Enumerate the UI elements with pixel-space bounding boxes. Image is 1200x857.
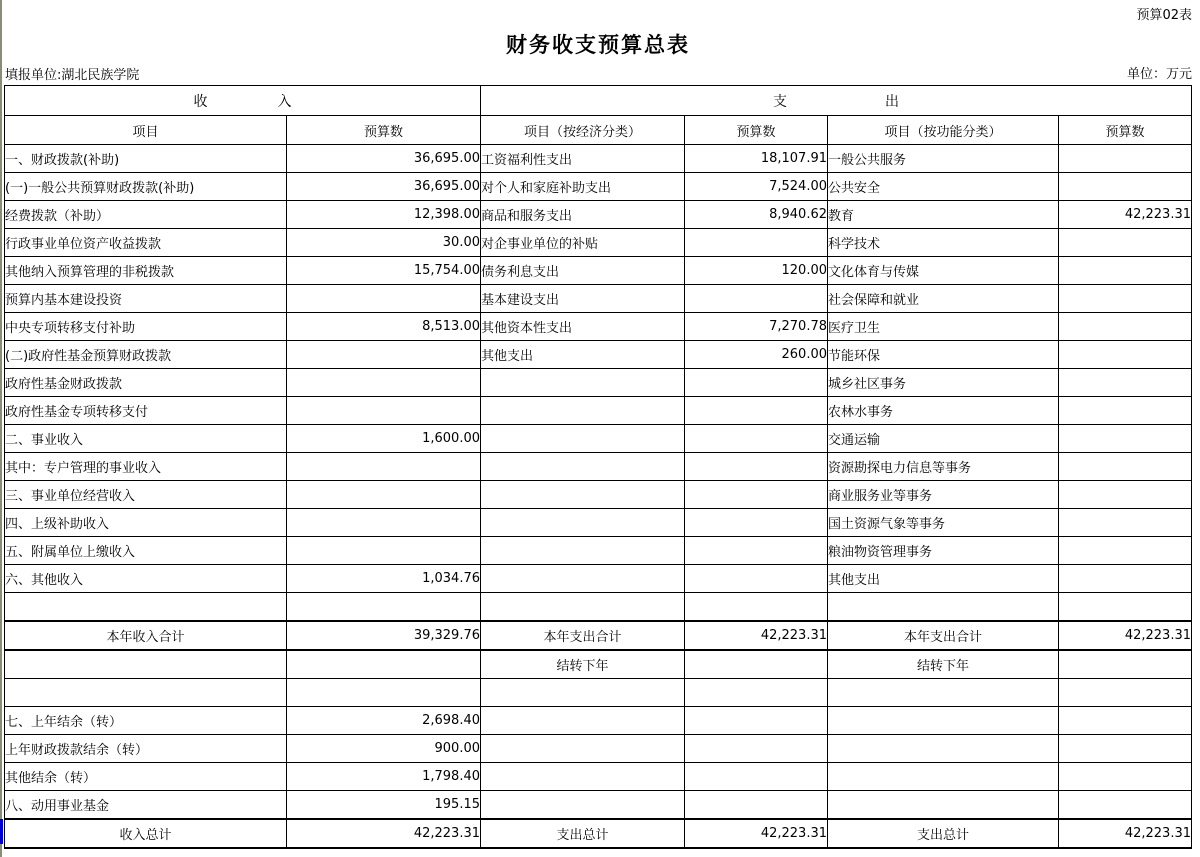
income-amount-cell[interactable]: 12,398.00 <box>287 201 481 229</box>
col-header-func-budget[interactable]: 预算数 <box>1059 116 1192 145</box>
table-row: (二)政府性基金预算财政拨款 其他支出 260.00 节能环保 <box>5 341 1192 369</box>
econ-item-cell[interactable] <box>481 707 685 735</box>
income-amount-cell[interactable]: 900.00 <box>287 735 481 763</box>
table-row: 收入总计 42,223.31 支出总计 42,223.31 支出总计 42,22… <box>5 819 1192 848</box>
econ-item-cell[interactable]: 债务利息支出 <box>481 257 685 285</box>
table-row <box>5 593 1192 622</box>
econ-item-cell[interactable] <box>481 397 685 425</box>
income-item-cell[interactable]: 预算内基本建设投资 <box>5 285 287 313</box>
econ-amount-cell[interactable] <box>685 763 828 791</box>
currency-unit-label: 单位：万元 <box>1127 63 1192 82</box>
income-item-cell[interactable]: 中央专项转移支付补助 <box>5 313 287 341</box>
func-amount-cell[interactable] <box>1059 425 1192 453</box>
econ-amount-cell[interactable] <box>685 593 828 622</box>
table-row: 政府性基金专项转移支付 农林水事务 <box>5 397 1192 425</box>
income-item-cell[interactable]: 一、财政拨款(补助) <box>5 145 287 173</box>
func-amount-cell[interactable] <box>1059 679 1192 707</box>
func-amount-cell[interactable] <box>1059 735 1192 763</box>
income-amount-cell[interactable] <box>287 509 481 537</box>
func-item-cell[interactable] <box>828 791 1059 820</box>
econ-item-cell[interactable]: 结转下年 <box>481 650 685 679</box>
econ-amount-cell[interactable]: 260.00 <box>685 341 828 369</box>
income-amount-cell[interactable] <box>287 679 481 707</box>
econ-amount-cell[interactable]: 8,940.62 <box>685 201 828 229</box>
func-item-cell[interactable]: 国土资源气象等事务 <box>828 509 1059 537</box>
income-amount-cell[interactable] <box>287 369 481 397</box>
econ-item-cell[interactable]: 本年支出合计 <box>481 621 685 650</box>
income-item-cell[interactable]: 二、事业收入 <box>5 425 287 453</box>
income-item-cell[interactable]: 八、动用事业基金 <box>5 791 287 820</box>
col-header-income-budget[interactable]: 预算数 <box>287 116 481 145</box>
func-amount-cell[interactable] <box>1059 313 1192 341</box>
func-item-cell[interactable]: 交通运输 <box>828 425 1059 453</box>
econ-item-cell[interactable] <box>481 735 685 763</box>
table-row: 经费拨款（补助） 12,398.00 商品和服务支出 8,940.62 教育 4… <box>5 201 1192 229</box>
income-amount-cell[interactable] <box>287 650 481 679</box>
table-row: 其中：专户管理的事业收入 资源勘探电力信息等事务 <box>5 453 1192 481</box>
econ-item-cell[interactable]: 工资福利性支出 <box>481 145 685 173</box>
income-amount-cell[interactable] <box>287 285 481 313</box>
econ-amount-cell[interactable] <box>685 229 828 257</box>
econ-item-cell[interactable] <box>481 481 685 509</box>
econ-amount-cell[interactable] <box>685 397 828 425</box>
income-amount-cell[interactable]: 15,754.00 <box>287 257 481 285</box>
income-amount-cell[interactable] <box>287 397 481 425</box>
econ-item-cell[interactable] <box>481 425 685 453</box>
econ-item-cell[interactable]: 对企事业单位的补贴 <box>481 229 685 257</box>
selection-edge-artifact <box>0 819 3 844</box>
column-header-row: 项目 预算数 项目（按经济分类） 预算数 项目（按功能分类） 预算数 <box>5 116 1192 145</box>
econ-amount-cell[interactable] <box>685 509 828 537</box>
table-row: 六、其他收入 1,034.76 其他支出 <box>5 565 1192 593</box>
econ-amount-cell[interactable] <box>685 537 828 565</box>
func-amount-cell[interactable] <box>1059 341 1192 369</box>
table-row: 本年收入合计 39,329.76 本年支出合计 42,223.31 本年支出合计… <box>5 621 1192 650</box>
table-row: 上年财政拨款结余（转） 900.00 <box>5 735 1192 763</box>
econ-item-cell[interactable]: 其他支出 <box>481 341 685 369</box>
func-amount-cell[interactable] <box>1059 397 1192 425</box>
econ-amount-cell[interactable] <box>685 707 828 735</box>
econ-item-cell[interactable]: 支出总计 <box>481 819 685 848</box>
func-amount-cell[interactable] <box>1059 707 1192 735</box>
income-item-cell[interactable]: 政府性基金专项转移支付 <box>5 397 287 425</box>
econ-amount-cell[interactable]: 18,107.91 <box>685 145 828 173</box>
income-item-cell[interactable]: 其中：专户管理的事业收入 <box>5 453 287 481</box>
func-item-cell[interactable] <box>828 763 1059 791</box>
econ-item-cell[interactable]: 商品和服务支出 <box>481 201 685 229</box>
func-item-cell[interactable]: 城乡社区事务 <box>828 369 1059 397</box>
econ-amount-cell[interactable] <box>685 481 828 509</box>
func-amount-cell[interactable] <box>1059 285 1192 313</box>
income-item-cell[interactable]: 四、上级补助收入 <box>5 509 287 537</box>
income-item-cell[interactable]: 七、上年结余（转） <box>5 707 287 735</box>
income-amount-cell[interactable]: 8,513.00 <box>287 313 481 341</box>
col-header-func-item[interactable]: 项目（按功能分类） <box>828 116 1059 145</box>
func-item-cell[interactable]: 结转下年 <box>828 650 1059 679</box>
reporting-unit-label: 填报单位:湖北民族学院 <box>5 64 139 83</box>
income-item-cell[interactable] <box>5 593 287 622</box>
income-item-cell[interactable]: 政府性基金财政拨款 <box>5 369 287 397</box>
income-item-cell[interactable]: 其他结余（转） <box>5 763 287 791</box>
func-item-cell[interactable]: 医疗卫生 <box>828 313 1059 341</box>
table-row: 行政事业单位资产收益拨款 30.00 对企事业单位的补贴 科学技术 <box>5 229 1192 257</box>
income-amount-cell[interactable]: 42,223.31 <box>287 819 481 848</box>
income-amount-cell[interactable] <box>287 593 481 622</box>
func-amount-cell[interactable]: 42,223.31 <box>1059 201 1192 229</box>
econ-item-cell[interactable]: 基本建设支出 <box>481 285 685 313</box>
table-row: 其他结余（转） 1,798.40 <box>5 763 1192 791</box>
econ-item-cell[interactable] <box>481 763 685 791</box>
func-item-cell[interactable]: 商业服务业等事务 <box>828 481 1059 509</box>
func-amount-cell[interactable]: 42,223.31 <box>1059 621 1192 650</box>
econ-amount-cell[interactable] <box>685 735 828 763</box>
col-header-econ-item[interactable]: 项目（按经济分类） <box>481 116 685 145</box>
col-header-econ-budget[interactable]: 预算数 <box>685 116 828 145</box>
econ-item-cell[interactable] <box>481 509 685 537</box>
income-item-cell[interactable]: 经费拨款（补助） <box>5 201 287 229</box>
income-item-cell[interactable]: 本年收入合计 <box>5 621 287 650</box>
income-item-cell[interactable] <box>5 650 287 679</box>
econ-amount-cell[interactable]: 120.00 <box>685 257 828 285</box>
econ-item-cell[interactable] <box>481 537 685 565</box>
func-amount-cell[interactable] <box>1059 453 1192 481</box>
table-row: 七、上年结余（转） 2,698.40 <box>5 707 1192 735</box>
econ-amount-cell[interactable] <box>685 369 828 397</box>
sheet-number-label: 预算02表 <box>1136 4 1192 23</box>
income-section-header[interactable]: 收 入 <box>5 86 481 116</box>
func-item-cell[interactable]: 农林水事务 <box>828 397 1059 425</box>
func-amount-cell[interactable] <box>1059 229 1192 257</box>
func-item-cell[interactable]: 公共安全 <box>828 173 1059 201</box>
income-amount-cell[interactable]: 1,798.40 <box>287 763 481 791</box>
func-amount-cell[interactable] <box>1059 537 1192 565</box>
income-amount-cell[interactable]: 1,600.00 <box>287 425 481 453</box>
income-item-cell[interactable]: 上年财政拨款结余（转） <box>5 735 287 763</box>
func-item-cell[interactable] <box>828 735 1059 763</box>
func-amount-cell[interactable] <box>1059 509 1192 537</box>
func-amount-cell[interactable] <box>1059 593 1192 622</box>
func-amount-cell[interactable] <box>1059 791 1192 820</box>
income-amount-cell[interactable]: 39,329.76 <box>287 621 481 650</box>
func-amount-cell[interactable] <box>1059 257 1192 285</box>
econ-amount-cell[interactable] <box>685 791 828 820</box>
income-item-cell[interactable]: (二)政府性基金预算财政拨款 <box>5 341 287 369</box>
page-title: 财务收支预算总表 <box>0 29 1196 59</box>
econ-amount-cell[interactable] <box>685 453 828 481</box>
func-amount-cell[interactable] <box>1059 173 1192 201</box>
income-amount-cell[interactable]: 36,695.00 <box>287 145 481 173</box>
econ-item-cell[interactable] <box>481 791 685 820</box>
table-row: 五、附属单位上缴收入 粮油物资管理事务 <box>5 537 1192 565</box>
func-amount-cell[interactable] <box>1059 481 1192 509</box>
func-item-cell[interactable]: 文化体育与传媒 <box>828 257 1059 285</box>
income-item-cell[interactable]: 其他纳入预算管理的非税拨款 <box>5 257 287 285</box>
income-amount-cell[interactable]: 36,695.00 <box>287 173 481 201</box>
table-row <box>5 679 1192 707</box>
econ-item-cell[interactable]: 对个人和家庭补助支出 <box>481 173 685 201</box>
table-row: 中央专项转移支付补助 8,513.00 其他资本性支出 7,270.78 医疗卫… <box>5 313 1192 341</box>
income-amount-cell[interactable]: 2,698.40 <box>287 707 481 735</box>
func-amount-cell[interactable] <box>1059 763 1192 791</box>
func-amount-cell[interactable] <box>1059 369 1192 397</box>
func-item-cell[interactable]: 一般公共服务 <box>828 145 1059 173</box>
econ-item-cell[interactable] <box>481 565 685 593</box>
econ-amount-cell[interactable] <box>685 650 828 679</box>
income-amount-cell[interactable] <box>287 481 481 509</box>
econ-item-cell[interactable] <box>481 679 685 707</box>
income-item-cell[interactable]: 收入总计 <box>5 819 287 848</box>
expenditure-section-header[interactable]: 支 出 <box>481 86 1192 116</box>
income-item-cell[interactable] <box>5 679 287 707</box>
econ-amount-cell[interactable]: 42,223.31 <box>685 819 828 848</box>
econ-amount-cell[interactable] <box>685 679 828 707</box>
income-item-cell[interactable]: 六、其他收入 <box>5 565 287 593</box>
econ-amount-cell[interactable]: 7,524.00 <box>685 173 828 201</box>
income-item-cell[interactable]: 行政事业单位资产收益拨款 <box>5 229 287 257</box>
income-amount-cell[interactable] <box>287 341 481 369</box>
income-amount-cell[interactable] <box>287 453 481 481</box>
func-amount-cell[interactable] <box>1059 145 1192 173</box>
table-row: 结转下年 结转下年 <box>5 650 1192 679</box>
income-amount-cell[interactable]: 195.15 <box>287 791 481 820</box>
window-left-edge <box>0 0 2 857</box>
report-page: { "meta": { "sheet_label": "预算02表", "tit… <box>0 0 1200 857</box>
func-amount-cell[interactable] <box>1059 565 1192 593</box>
func-item-cell[interactable]: 粮油物资管理事务 <box>828 537 1059 565</box>
table-row: 一、财政拨款(补助) 36,695.00 工资福利性支出 18,107.91 一… <box>5 145 1192 173</box>
econ-item-cell[interactable] <box>481 369 685 397</box>
econ-amount-cell[interactable]: 7,270.78 <box>685 313 828 341</box>
func-amount-cell[interactable] <box>1059 650 1192 679</box>
econ-amount-cell[interactable]: 42,223.31 <box>685 621 828 650</box>
func-item-cell[interactable]: 节能环保 <box>828 341 1059 369</box>
econ-item-cell[interactable]: 其他资本性支出 <box>481 313 685 341</box>
func-item-cell[interactable]: 科学技术 <box>828 229 1059 257</box>
econ-amount-cell[interactable] <box>685 565 828 593</box>
budget-table: 收 入 支 出 项目 预算数 项目（按经济分类） 预算数 项目（按功能分类） 预… <box>4 85 1192 849</box>
table-row: (一)一般公共预算财政拨款(补助) 36,695.00 对个人和家庭补助支出 7… <box>5 173 1192 201</box>
func-item-cell[interactable]: 支出总计 <box>828 819 1059 848</box>
income-item-cell[interactable]: 三、事业单位经营收入 <box>5 481 287 509</box>
func-item-cell[interactable]: 其他支出 <box>828 565 1059 593</box>
econ-amount-cell[interactable] <box>685 285 828 313</box>
econ-amount-cell[interactable] <box>685 425 828 453</box>
table-row: 二、事业收入 1,600.00 交通运输 <box>5 425 1192 453</box>
func-item-cell[interactable]: 教育 <box>828 201 1059 229</box>
func-item-cell[interactable]: 本年支出合计 <box>828 621 1059 650</box>
table-row: 预算内基本建设投资 基本建设支出 社会保障和就业 <box>5 285 1192 313</box>
func-item-cell[interactable] <box>828 593 1059 622</box>
table-row: 其他纳入预算管理的非税拨款 15,754.00 债务利息支出 120.00 文化… <box>5 257 1192 285</box>
income-item-cell[interactable]: 五、附属单位上缴收入 <box>5 537 287 565</box>
func-amount-cell[interactable]: 42,223.31 <box>1059 819 1192 848</box>
income-amount-cell[interactable]: 30.00 <box>287 229 481 257</box>
econ-item-cell[interactable] <box>481 593 685 622</box>
func-item-cell[interactable] <box>828 707 1059 735</box>
func-item-cell[interactable]: 资源勘探电力信息等事务 <box>828 453 1059 481</box>
econ-item-cell[interactable] <box>481 453 685 481</box>
income-amount-cell[interactable] <box>287 537 481 565</box>
income-amount-cell[interactable]: 1,034.76 <box>287 565 481 593</box>
table-row: 政府性基金财政拨款 城乡社区事务 <box>5 369 1192 397</box>
table-row: 三、事业单位经营收入 商业服务业等事务 <box>5 481 1192 509</box>
table-row: 四、上级补助收入 国土资源气象等事务 <box>5 509 1192 537</box>
table-row: 八、动用事业基金 195.15 <box>5 791 1192 820</box>
section-header-row: 收 入 支 出 <box>5 86 1192 116</box>
func-item-cell[interactable] <box>828 679 1059 707</box>
col-header-income-item[interactable]: 项目 <box>5 116 287 145</box>
func-item-cell[interactable]: 社会保障和就业 <box>828 285 1059 313</box>
income-item-cell[interactable]: (一)一般公共预算财政拨款(补助) <box>5 173 287 201</box>
